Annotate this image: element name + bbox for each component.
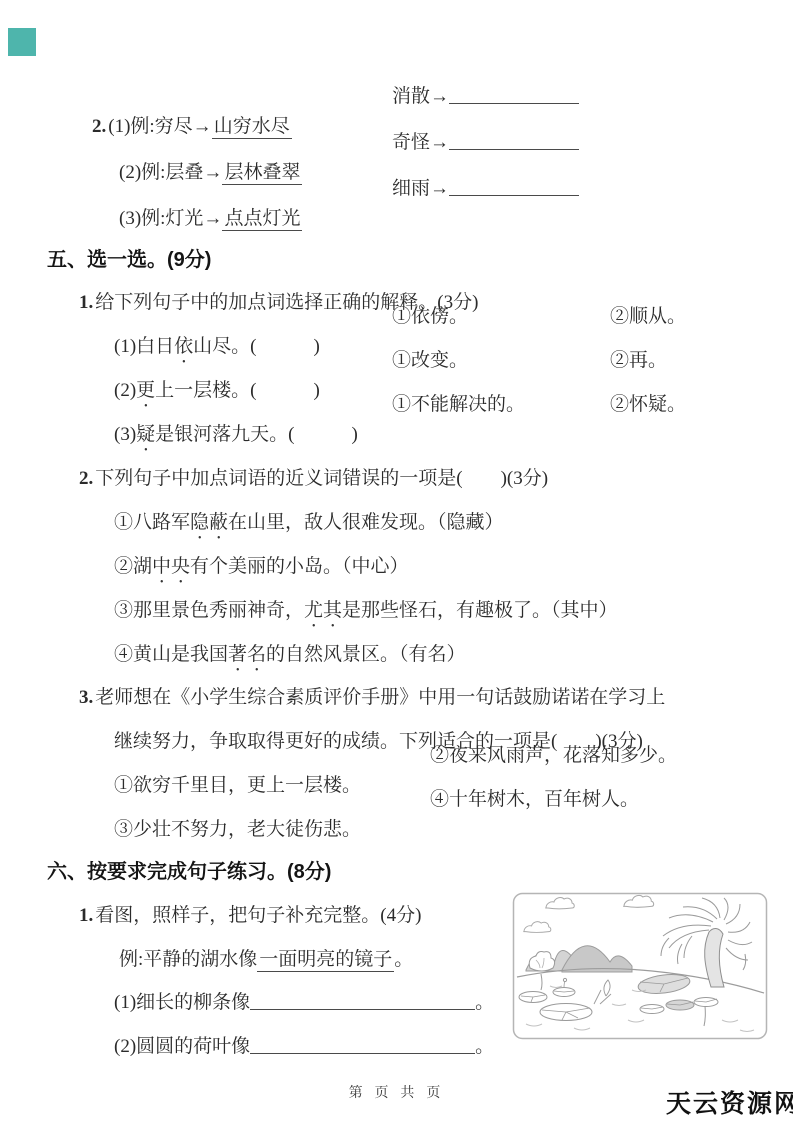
watermark-text: 天云资源网	[666, 1084, 793, 1120]
q1-item: (3)疑是银河落九天。( ) ①不能解决的。 ②怀疑。	[0, 390, 793, 420]
choice-2[interactable]: ②夜来风雨声，花落知多少。	[430, 741, 677, 771]
q1-item: (2)更上一层楼。( ) ①改变。 ②再。	[0, 346, 793, 376]
corner-accent-square	[8, 28, 36, 56]
q3-options-row: ③少壮不努力，老大徒伤悲。 ④十年树木，百年树人。	[0, 785, 793, 815]
pond-scene-svg	[512, 892, 768, 1040]
q3-stem-line2: 继续努力，争取取得更好的成绩。下列适合的一项是( )(3分)	[0, 697, 793, 727]
answer-blank[interactable]	[449, 129, 579, 150]
choice-1[interactable]: ①不能解决的。	[392, 390, 525, 420]
sentence-pre: (2)圆圆的荷叶像	[114, 1036, 250, 1057]
word-extension-row: (2)例:层叠→层林叠翠 奇怪→	[0, 128, 793, 158]
target-word-group: 细雨→	[392, 174, 579, 204]
target-word-group: 奇怪→	[392, 128, 579, 158]
q1-item: (1)白日依山尽。( ) ①依傍。 ②顺从。	[0, 302, 793, 332]
choice-2[interactable]: ②怀疑。	[610, 390, 686, 420]
answer-blank[interactable]	[449, 175, 579, 196]
section5-heading: 五、选一选。(9分)	[0, 215, 793, 245]
q2-stem: 2.下列句子中加点词语的近义词错误的一项是( )(3分)	[0, 434, 793, 464]
sentence-post: 。	[475, 1036, 494, 1057]
q2-option[interactable]: ③那里景色秀丽神奇，尤其是那些怪石，有趣极了。（其中）	[0, 566, 793, 596]
target-word: 消散→	[392, 86, 449, 107]
target-word: 奇怪→	[392, 132, 449, 153]
section6-heading: 六、按要求完成句子练习。(8分)	[0, 827, 793, 857]
q1-stem: 1.给下列句子中的加点词选择正确的解释。(3分)	[0, 258, 793, 288]
target-word-group: 消散→	[392, 82, 579, 112]
target-word: 细雨→	[392, 178, 449, 199]
pond-scene-illustration	[512, 892, 768, 1040]
word-extension-row: (3)例:灯光→点点灯光 细雨→	[0, 174, 793, 204]
q3-options-row: ①欲穷千里目，更上一层楼。 ②夜来风雨声，花落知多少。	[0, 741, 793, 771]
q2-option[interactable]: ④黄山是我国著名的自然风景区。（有名）	[0, 610, 793, 640]
q3-stem-line1: 3.老师想在《小学生综合素质评价手册》中用一句话鼓励诺诺在学习上	[0, 653, 793, 683]
answer-blank[interactable]	[250, 1033, 475, 1054]
q2-option[interactable]: ①八路军隐蔽在山里，敌人很难发现。（隐藏）	[0, 478, 793, 508]
word-extension-row: 2.(1)例:穷尽→山穷水尽 消散→	[0, 82, 793, 112]
choice-2[interactable]: ②顺从。	[610, 302, 686, 332]
choice-1[interactable]: ①依傍。	[392, 302, 468, 332]
choice-2[interactable]: ②再。	[610, 346, 667, 376]
choice-1[interactable]: ①改变。	[392, 346, 468, 376]
exam-page: 2.(1)例:穷尽→山穷水尽 消散→ (2)例:层叠→层林叠翠 奇怪→ (3)例…	[0, 0, 793, 1122]
answer-blank[interactable]	[449, 83, 579, 104]
choice-4[interactable]: ④十年树木，百年树人。	[430, 785, 639, 815]
q2-option[interactable]: ②湖中央有个美丽的小岛。（中心）	[0, 522, 793, 552]
